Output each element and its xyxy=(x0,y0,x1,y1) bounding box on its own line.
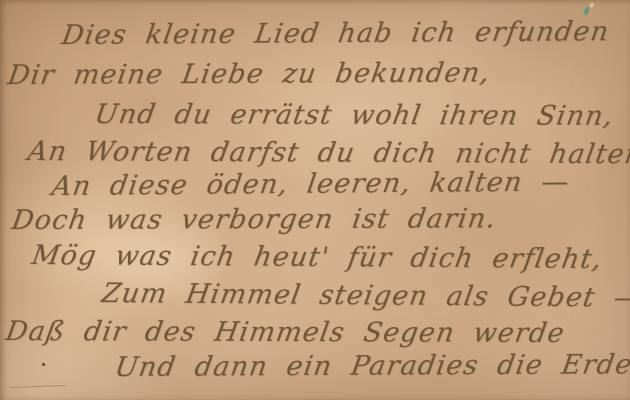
poem-line-9: Daß dir des Himmels Segen werde xyxy=(3,316,567,349)
aged-paper-scan: Dies kleine Lied hab ich erfunden Dir me… xyxy=(0,0,630,400)
poem-line-4: An Worten darfst du dich nicht halten, xyxy=(25,136,630,170)
poem-line-8: Zum Himmel steigen als Gebet — xyxy=(99,278,630,314)
handwritten-poem: Dies kleine Lied hab ich erfunden Dir me… xyxy=(0,0,630,400)
poem-line-6: Doch was verborgen ist darin. xyxy=(10,203,499,236)
poem-line-3: Und du errätst wohl ihren Sinn, xyxy=(92,99,616,132)
poem-line-5: An diese öden, leeren, kalten — xyxy=(50,166,572,202)
poem-line-1: Dies kleine Lied hab ich erfunden xyxy=(60,16,612,51)
poem-line-2: Dir meine Liebe zu bekunden, xyxy=(6,57,493,91)
poem-line-10: Und dann ein Paradies die Erde. xyxy=(113,349,630,383)
poem-line-7: Mög was ich heut' für dich erfleht, xyxy=(29,240,604,275)
paper-speck xyxy=(42,363,45,366)
